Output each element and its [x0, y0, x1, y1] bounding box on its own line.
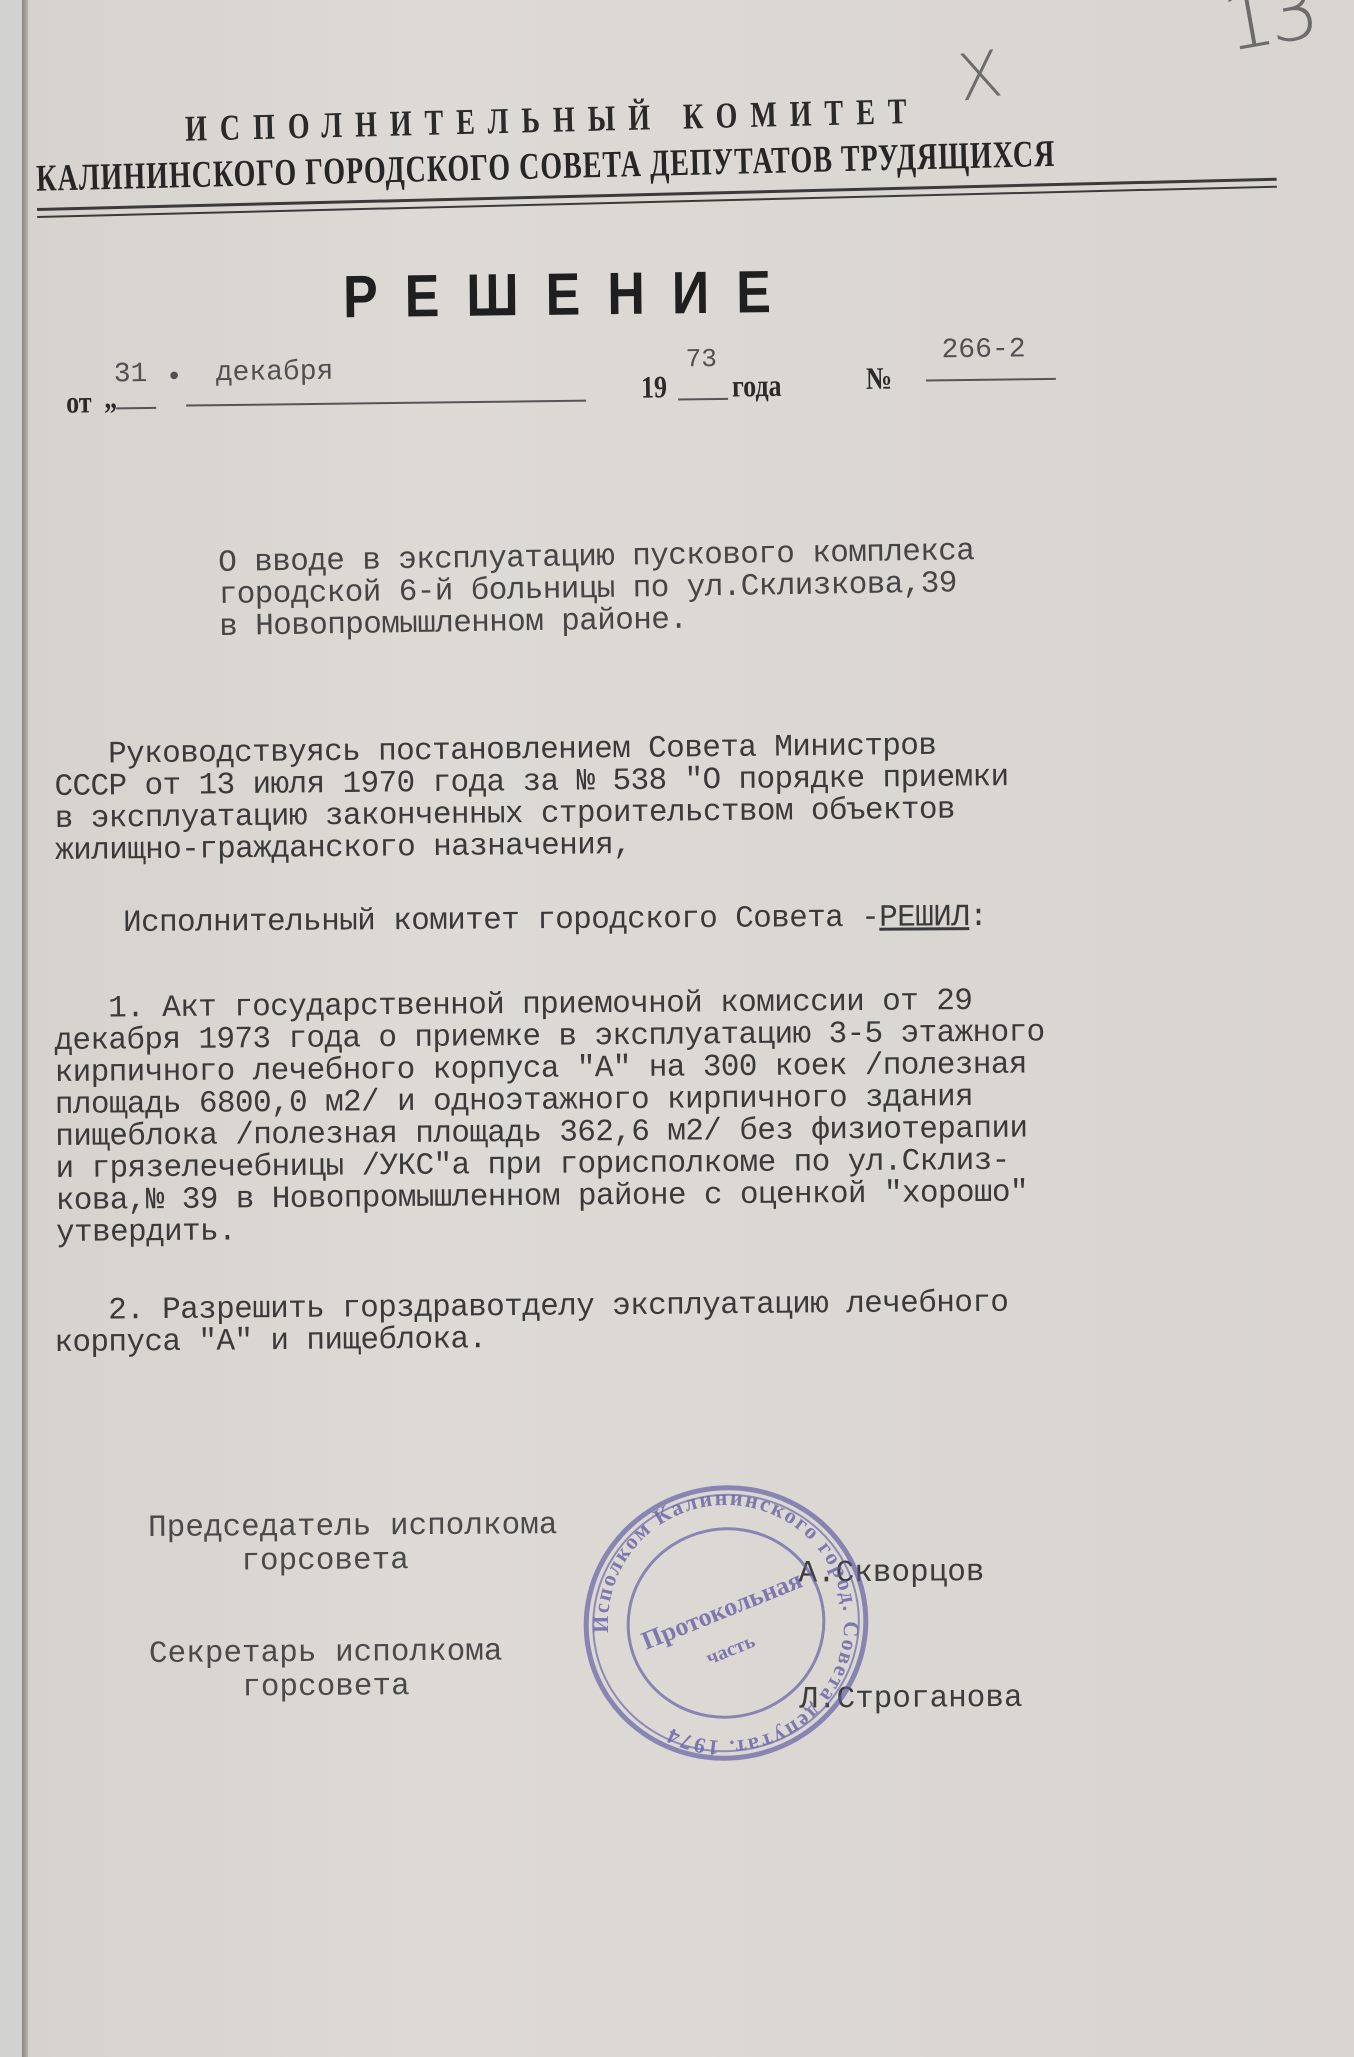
year-underline — [678, 398, 728, 401]
item-line: кова,№ 39 в Новопромышленном районе с оц… — [56, 1176, 1028, 1219]
document-page: X 13 ИСПОЛНИТЕЛЬНЫЙ КОМИТЕТ КАЛИНИНСКОГО… — [28, 0, 1354, 2057]
year-label: года — [732, 368, 782, 405]
document-title: РЕШЕНИЕ — [343, 258, 799, 332]
date-day: 31 — [114, 359, 148, 390]
item-line: 2. Разрешить горздравотделу эксплуатацию… — [54, 1286, 1008, 1329]
preamble-line: жилищно-гражданского назначения, — [55, 828, 631, 869]
month-underline — [186, 400, 586, 407]
signatory-title: Председатель исполкома горсовета — [148, 1509, 558, 1580]
stamp-seal-icon: Исполком Калининского город. Совета депу… — [549, 1450, 903, 1796]
year-suffix: 73 — [685, 344, 717, 374]
day-underline — [116, 407, 156, 409]
letterhead: ИСПОЛНИТЕЛЬНЫЙ КОМИТЕТ КАЛИНИНСКОГО ГОРО… — [35, 87, 1307, 218]
decided-keyword: РЕШИЛ — [879, 900, 969, 936]
signatory-title: Секретарь исполкома горсовета — [149, 1636, 503, 1706]
subject-line: в Новопромышленном районе. — [219, 603, 688, 645]
preamble-paragraph: Руководствуясь постановлением Совета Мин… — [54, 730, 1009, 868]
decided-line: Исполнительный комитет городского Совета… — [123, 902, 987, 940]
number-underline — [926, 378, 1056, 382]
item-line: корпуса "А" и пищеблока. — [54, 1322, 486, 1361]
number-label: № — [866, 361, 893, 397]
date-day-dot: • — [166, 363, 183, 394]
decided-prefix: Исполнительный комитет городского Совета… — [123, 901, 879, 941]
date-month: декабря — [216, 357, 334, 389]
official-round-stamp: Исполком Калининского город. Совета депу… — [549, 1450, 903, 1796]
year-prefix: 19 — [641, 370, 667, 406]
decision-item-2: 2. Разрешить горздравотделу эксплуатацию… — [54, 1288, 1009, 1360]
subject-block: О вводе в эксплуатацию пускового комплек… — [218, 536, 976, 644]
decision-number: 266-2 — [941, 334, 1025, 366]
date-number-row: от „ 31 • декабря 19 73 года № 266-2 — [66, 345, 1167, 428]
item-line: утвердить. — [56, 1214, 236, 1251]
pencil-page-number: 13 — [1216, 0, 1321, 70]
stamp-center-line2: часть — [703, 1630, 759, 1669]
decision-item-1: 1. Акт государственной приемочной комисс… — [54, 985, 1046, 1250]
background-strip — [0, 0, 22, 2057]
from-label: от — [66, 385, 92, 421]
decided-suffix: : — [969, 900, 987, 935]
